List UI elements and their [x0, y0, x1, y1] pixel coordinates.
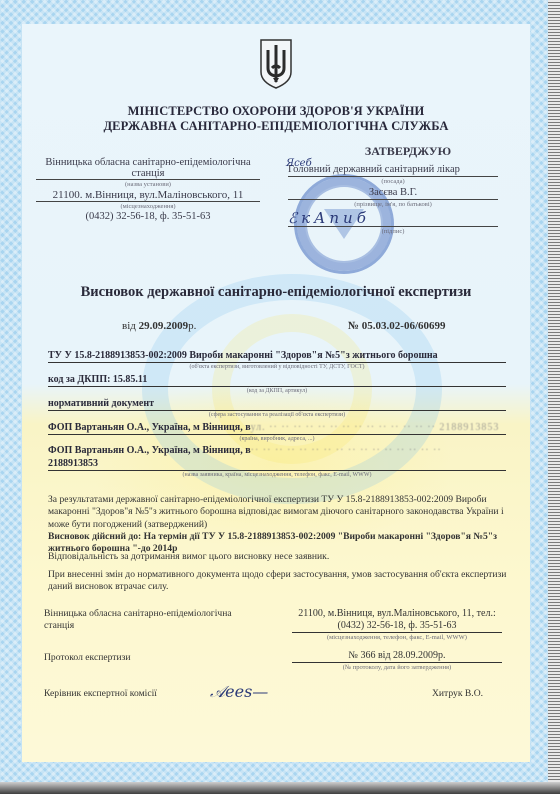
institution-block: Вінницька обласна санітарно-епідеміологі…: [36, 157, 260, 222]
redacted-text: ул. ·· ·· ·· ·· ·· ·· ·· ·· ·· ·· ·· ·· …: [251, 422, 500, 433]
footer-org-address: 21100, м.Вінниця, вул.Маліновського, 11,…: [292, 608, 502, 642]
dkpp-code-field: код за ДКПП: 15.85.11 (код за ДКПП, арти…: [48, 373, 506, 395]
ministry-name: МІНІСТЕРСТВО ОХОРОНИ ЗДОРОВ'Я УКРАЇНИ: [22, 104, 530, 119]
approval-block: ЗАТВЕРДЖУЮ Головний державний санітарний…: [288, 144, 498, 236]
manufacturer-field: ФОП Вартаньян О.А., Україна, м Вінниця, …: [48, 421, 506, 443]
footer-organization: Вінницька обласна санітарно-епідеміологі…: [44, 608, 232, 632]
scan-edge-right: [548, 0, 560, 794]
ministry-heading: МІНІСТЕРСТВО ОХОРОНИ ЗДОРОВ'Я УКРАЇНИ ДЕ…: [22, 104, 530, 134]
approver-signature-hint: (підпис): [288, 227, 498, 236]
institution-name-cont: станція: [36, 168, 260, 180]
protocol-label: Протокол експертизи: [44, 652, 131, 664]
institution-phone: (0432) 32-56-18, ф. 35-51-63: [36, 211, 260, 222]
changes-notice-text: При внесенні змін до нормативного докуме…: [48, 569, 510, 594]
scope-field: нормативний документ (сфера застосування…: [48, 397, 506, 419]
approval-title: ЗАТВЕРДЖУЮ: [318, 144, 498, 159]
initial-signature: Ясеб: [286, 158, 312, 169]
institution-address: 21100. м.Вінниця, вул.Маліновського, 11: [36, 189, 260, 202]
scan-edge-bottom: [0, 782, 560, 794]
approver-name: Засєва В.Г.: [288, 186, 498, 200]
service-name: ДЕРЖАВНА САНІТАРНО-ЕПІДЕМІОЛОГІЧНА СЛУЖБ…: [22, 119, 530, 134]
protocol-value: № 366 від 28.09.2009р. (№ протоколу, дат…: [292, 650, 502, 672]
institution-address-hint: (місцезнаходження): [36, 202, 260, 211]
approver-signature: ℰкАпиб: [288, 209, 498, 227]
approver-position-hint: (посада): [288, 177, 498, 186]
responsibility-text: Відповідальність за дотримання вимог цьо…: [48, 551, 510, 563]
expertise-object-field: ТУ У 15.8-2188913853-002:2009 Вироби мак…: [48, 349, 506, 371]
document-number: № 05.03.02-06/60699: [348, 320, 446, 332]
document-title: Висновок державної санітарно-епідеміолог…: [22, 284, 530, 301]
approver-name-hint: (прізвище, ім'я, по батькові): [288, 200, 498, 209]
document-date: від 29.09.2009р.: [122, 320, 196, 332]
certificate-body: МІНІСТЕРСТВО ОХОРОНИ ЗДОРОВ'Я УКРАЇНИ ДЕ…: [22, 24, 530, 762]
applicant-field: ФОП Вартаньян О.А., Україна, м Вінниця, …: [48, 444, 506, 479]
commission-head-label: Керівник експертної комісії: [44, 688, 157, 700]
commission-head-name: Хитрук В.О.: [432, 688, 483, 699]
trident-emblem-icon: [258, 38, 294, 90]
institution-name: Вінницька обласна санітарно-епідеміологі…: [36, 157, 260, 168]
institution-name-hint: (назва установи): [36, 180, 260, 189]
approver-position: Головний державний санітарний лікар: [288, 163, 498, 177]
redacted-text: ·· ·· ·· ·· ·· ·· ·· ·· ·· ·· ·· ·· ·· ·…: [251, 445, 442, 456]
expertise-result-text: За результатами державної санітарно-епід…: [48, 494, 510, 531]
certificate-page: МІНІСТЕРСТВО ОХОРОНИ ЗДОРОВ'Я УКРАЇНИ ДЕ…: [0, 0, 548, 782]
commission-head-signature: 𝒜ees—: [210, 682, 268, 702]
